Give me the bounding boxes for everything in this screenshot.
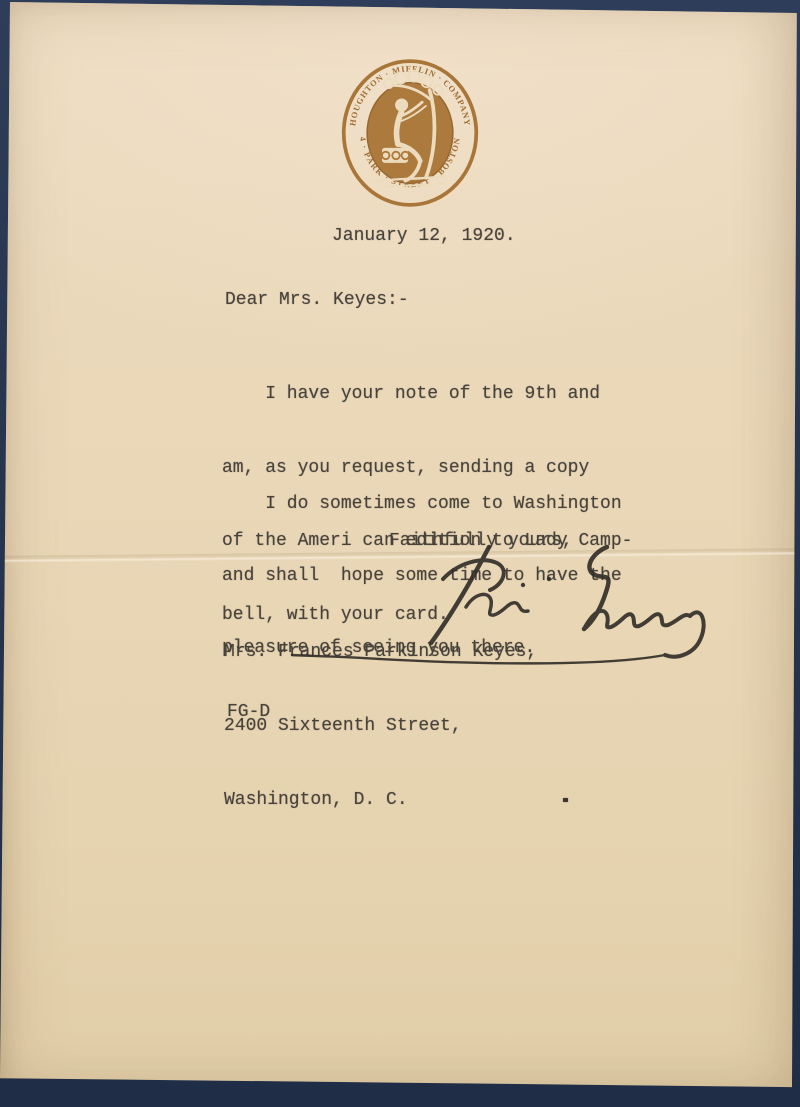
reference-initials: FG-D [227,700,270,725]
body-line: and shall hope some time to have the [222,564,622,588]
recipient-address: Mrs. Frances Parkinson Keyes, 2400 Sixte… [224,590,537,863]
body-line: I do sometimes come to Washington [222,492,622,516]
address-line: 2400 Sixteenth Street, [224,714,537,739]
ink-speck [563,798,568,802]
address-line: Washington, D. C. [224,788,537,813]
date-line: January 12, 1920. [332,224,516,249]
body-line: I have your note of the 9th and [222,382,632,407]
salutation: Dear Mrs. Keyes:- [225,288,409,313]
closing: Faithfully yours, [389,529,573,554]
publisher-seal-icon: ❖ HOUGHTON · MIFFLIN · COMPANY ❖ 4 · PAR… [340,57,480,209]
address-line: Mrs. Frances Parkinson Keyes, [224,640,537,665]
letter-paper: ❖ HOUGHTON · MIFFLIN · COMPANY ❖ 4 · PAR… [0,0,800,1107]
